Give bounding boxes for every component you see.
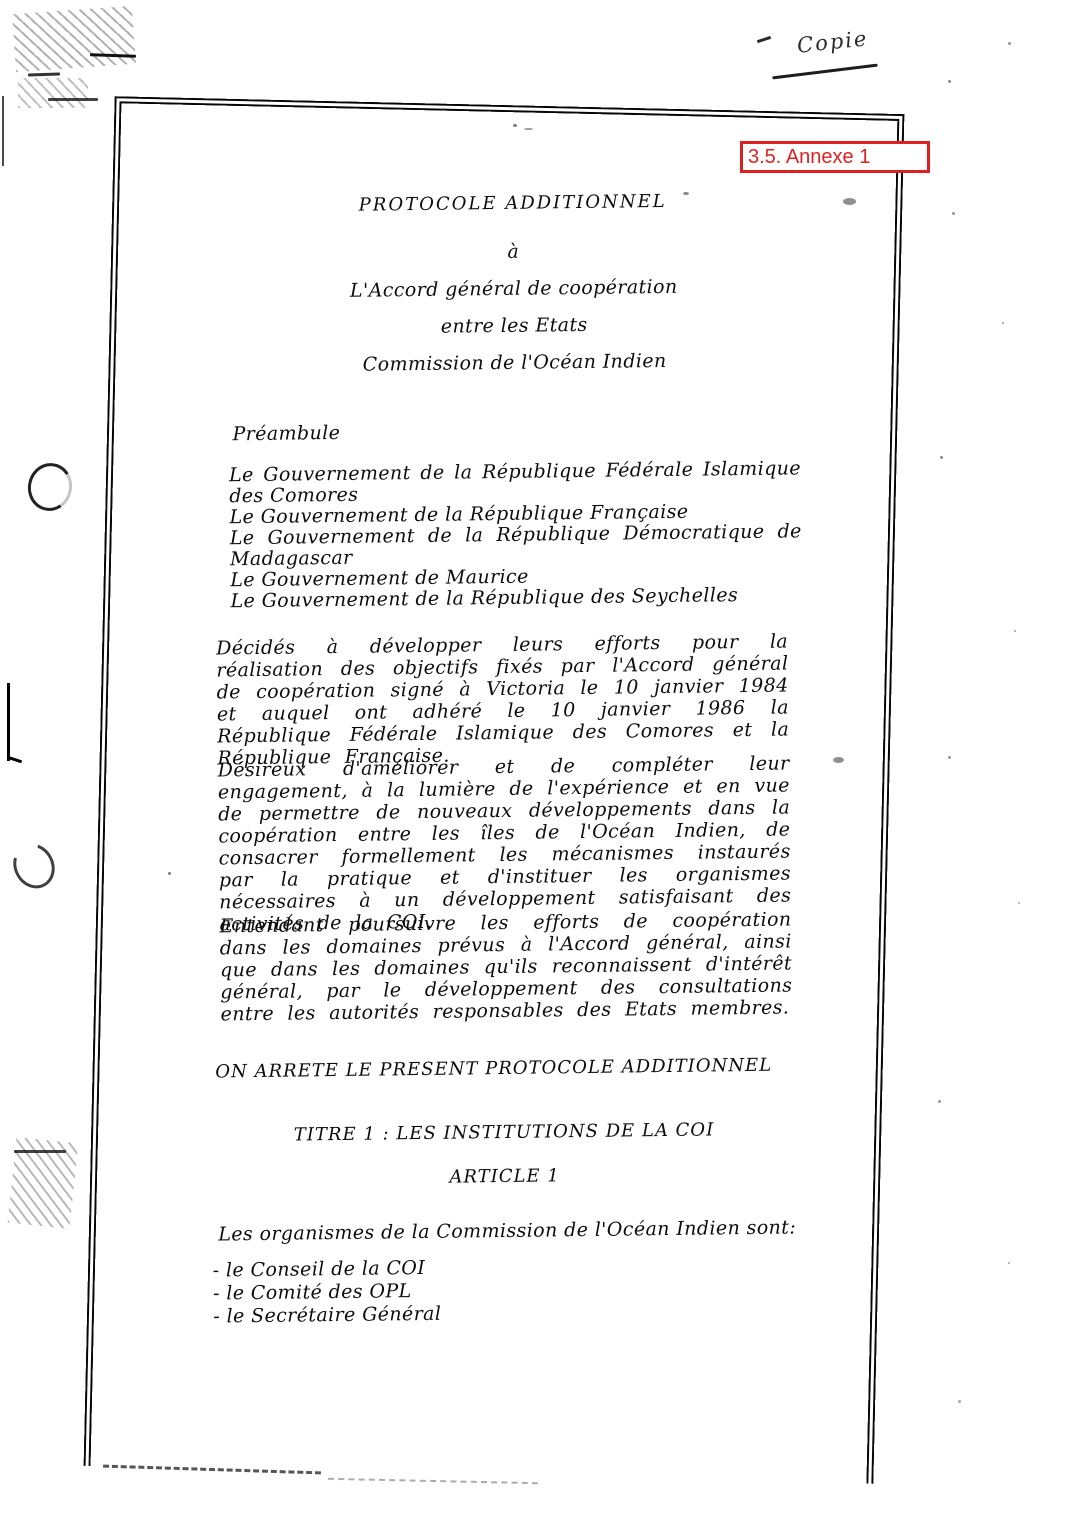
preamble-heading: Préambule <box>232 422 340 445</box>
title-line: L'Accord général de coopération <box>224 274 804 303</box>
government-line: Le Gouvernement de la République Fédéral… <box>229 458 801 507</box>
title-line: Commission de l'Océan Indien <box>225 348 805 377</box>
titre-heading: TITRE 1 : LES INSTITUTIONS DE LA COI <box>214 1118 794 1147</box>
title-line: entre les Etats <box>224 311 804 340</box>
organs-list-item: - le Secrétaire Général <box>213 1303 441 1329</box>
scanned-document-page: 3.5. Annexe 1 Copie PROTOCOLE ADDITIONNE… <box>0 0 1065 1516</box>
decree-line: ON ARRETE LE PRESENT PROTOCOLE ADDITIONN… <box>215 1055 772 1084</box>
government-list: Le Gouvernement de la République Fédéral… <box>229 458 803 612</box>
government-line: Le Gouvernement de la République des Sey… <box>230 584 802 612</box>
article-heading: ARTICLE 1 <box>214 1162 794 1191</box>
organs-intro: Les organismes de la Commission de l'Océ… <box>218 1216 796 1245</box>
paragraph-decides: Décidés à développer leurs efforts pour … <box>216 630 790 769</box>
document-text: PROTOCOLE ADDITIONNEL à L'Accord général… <box>0 0 1065 1516</box>
paragraph-desireux: Désireux d'améliorer et de compléter leu… <box>217 752 791 935</box>
annexe-box: 3.5. Annexe 1 <box>740 141 930 173</box>
organs-list-item: - le Comité des OPL <box>213 1280 441 1306</box>
government-line: Le Gouvernement de la République Démocra… <box>230 521 802 570</box>
document-title-block: PROTOCOLE ADDITIONNEL à L'Accord général… <box>223 189 805 392</box>
title-line: à <box>223 237 803 266</box>
organs-list-item: - le Conseil de la COI <box>213 1257 441 1283</box>
annexe-label: 3.5. Annexe 1 <box>743 146 870 169</box>
paragraph-entendant: Entendant poursuivre les efforts de coop… <box>219 908 792 1025</box>
title-line: PROTOCOLE ADDITIONNEL <box>223 189 803 218</box>
organs-list: - le Conseil de la COI - le Comité des O… <box>213 1257 442 1329</box>
